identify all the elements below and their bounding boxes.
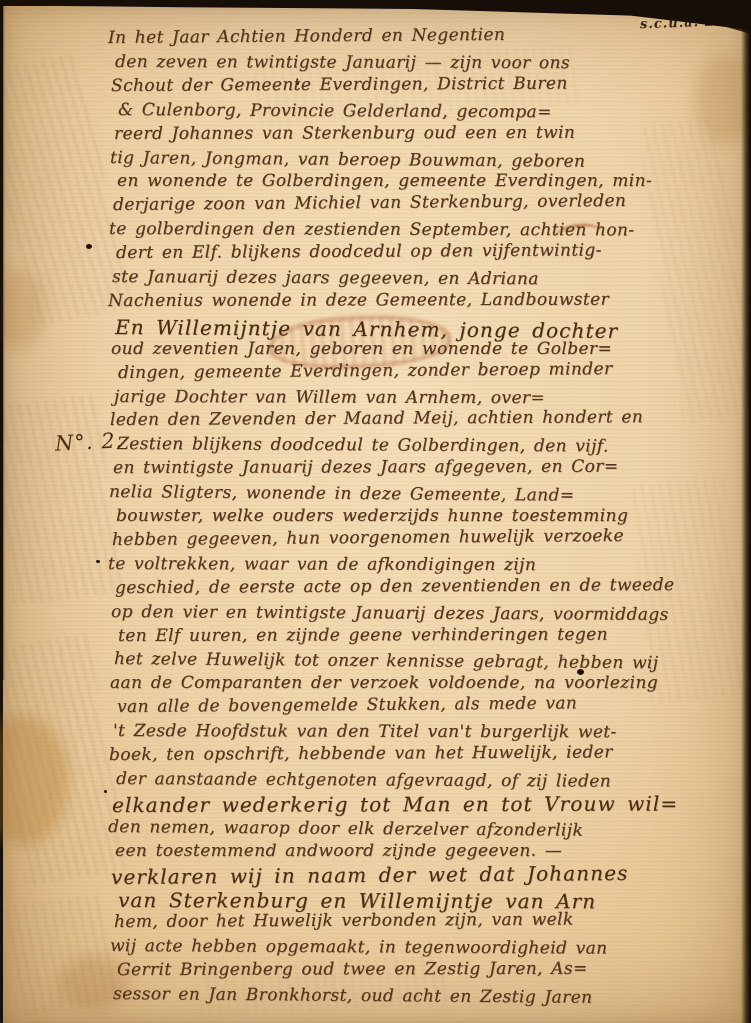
page-edge-right [741, 0, 751, 1023]
manuscript-line: der aanstaande echtgenoten afgevraagd, o… [116, 769, 611, 792]
manuscript-line: nelia Sligters, wonende in deze Gemeente… [109, 482, 575, 506]
manuscript-line: tig Jaren, Jongman, van beroep Bouwman, … [110, 148, 585, 172]
manuscript-line: boek, ten opschrift, hebbende van het Hu… [109, 742, 613, 765]
manuscript-line: bouwster, welke ouders wederzijds hunne … [116, 506, 628, 526]
manuscript-line: hem, door het Huwelijk verbonden zijn, v… [114, 910, 574, 932]
manuscript-line: ste Januarij dezes jaars gegeeven, en Ad… [112, 267, 539, 289]
manuscript-line: van alle de bovengemelde Stukken, als me… [117, 694, 577, 718]
manuscript-scan: In het Jaar Achtien Honderd en Negentien… [0, 0, 751, 1023]
manuscript-line: jarige Dochter van Willem van Arnhem, ov… [114, 387, 545, 408]
manuscript-lines: In het Jaar Achtien Honderd en Negentien… [0, 0, 751, 1023]
manuscript-line: dert en Elf. blijkens doodcedul op den v… [116, 241, 602, 264]
manuscript-line: den nemen, waarop door elk derzelver afz… [108, 817, 583, 841]
manuscript-line: Gerrit Bringenberg oud twee en Zestig Ja… [117, 959, 588, 980]
manuscript-line: reerd Johannes van Sterkenburg oud een e… [114, 122, 575, 143]
manuscript-line: leden den Zevenden der Maand Meij, achti… [110, 408, 643, 431]
manuscript-line: en wonende te Golberdingen, gemeente Eve… [117, 171, 652, 191]
manuscript-line: derjarige zoon van Michiel van Sterkenbu… [113, 191, 626, 215]
manuscript-line: verklaren wij in naam der wet dat Johann… [111, 860, 629, 888]
manuscript-line: oud zeventien Jaren, geboren en wonende … [111, 339, 612, 359]
manuscript-line: te voltrekken, waar van de afkondigingen… [108, 554, 536, 575]
manuscript-line: sessor en Jan Bronkhorst, oud acht en Ze… [113, 984, 593, 1008]
manuscript-line: en twintigste Januarij dezes Jaars afgeg… [113, 457, 619, 478]
manuscript-line: Schout der Gemeente Everdingen, District… [111, 73, 568, 95]
page-edge-left [0, 0, 5, 680]
manuscript-line: op den vier en twintigste Januarij dezes… [111, 602, 669, 625]
manuscript-line: dingen, gemeente Everdingen, zonder bero… [118, 359, 613, 383]
act-number-margin-note: N°. 2. [54, 428, 123, 456]
manuscript-line: Zestien blijkens doodcedul te Golberding… [117, 434, 609, 457]
manuscript-line: ten Elf uuren, en zijnde geene verhinder… [118, 624, 608, 645]
manuscript-line: aan de Comparanten der verzoek voldoende… [110, 673, 658, 693]
manuscript-line: In het Jaar Achtien Honderd en Negentien [108, 25, 505, 48]
manuscript-line: een toestemmend andwoord zijnde gegeeven… [115, 841, 562, 861]
manuscript-line: den zeven en twintigste Januarij — zijn … [115, 52, 570, 73]
manuscript-line: hebben gegeeven, hun voorgenomen huwelij… [112, 526, 624, 550]
manuscript-line: & Culenborg, Provincie Gelderland, gecom… [118, 100, 552, 122]
manuscript-line: te golberdingen den zestienden September… [109, 219, 635, 240]
manuscript-line: elkander wederkerig tot Man en tot Vrouw… [112, 791, 678, 816]
manuscript-line: Nachenius wonende in deze Gemeente, Land… [108, 290, 609, 311]
manuscript-line: het zelve Huwelijk tot onzer kennisse ge… [114, 649, 659, 673]
manuscript-line: 't Zesde Hoofdstuk van den Titel van't b… [113, 721, 617, 742]
manuscript-line: wij acte hebben opgemaakt, in tegenwoord… [110, 936, 608, 959]
manuscript-line: geschied, de eerste acte op den zeventie… [115, 575, 675, 598]
